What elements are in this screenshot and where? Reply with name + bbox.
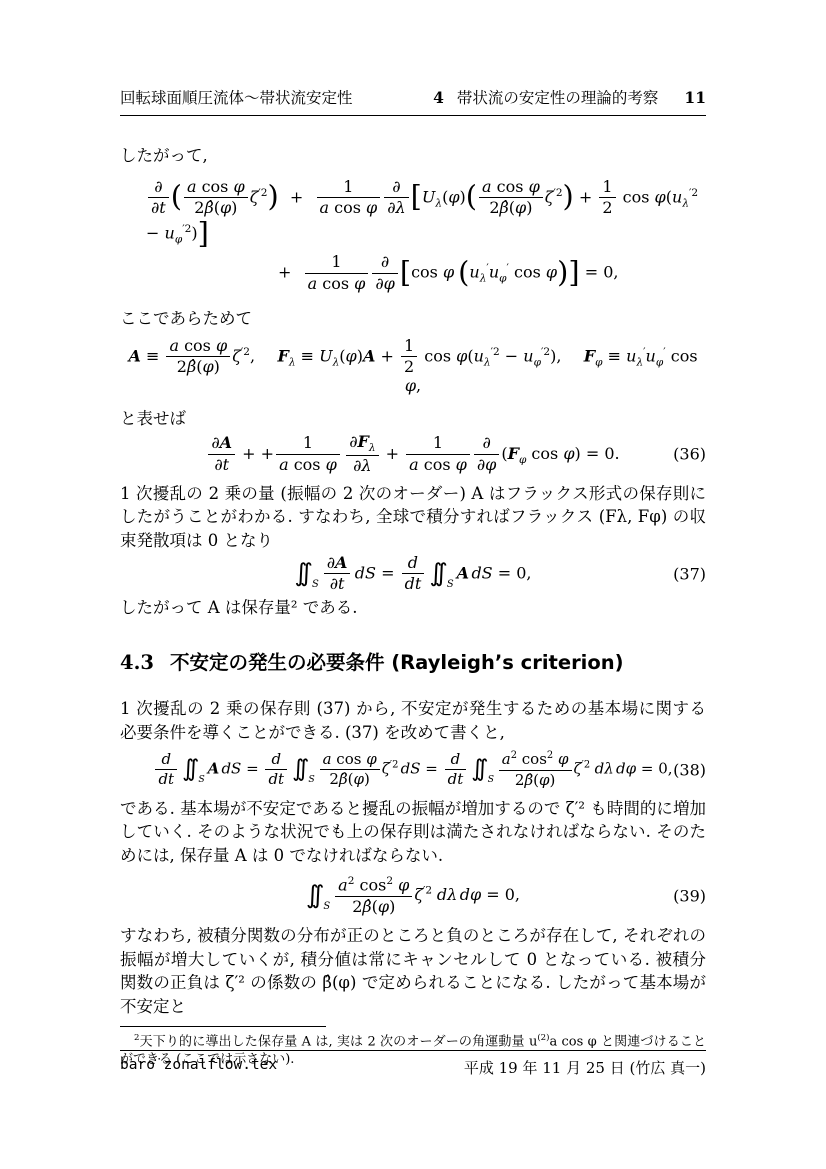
footer-line: baro˙zonalflow.tex 平成 19 年 11 月 25 日 (竹広… <box>120 1057 706 1078</box>
paragraph-then: と表せば <box>120 407 706 431</box>
equation-38: ddt∫∫SAdS = ddt∫∫Sa cos φ2β̂(φ)ζ′2dS = d… <box>153 750 672 789</box>
page-number: 11 <box>684 88 706 107</box>
footnote-text-1: 天下り的に導出した保存量 A は, 実は 2 次のオーダーの角運動量 u <box>139 1035 537 1050</box>
document-page: 回転球面順圧流体〜帯状流安定性 4 帯状流の安定性の理論的考察 11 したがって… <box>0 0 826 1169</box>
footnote-superscript-2: (2) <box>537 1033 549 1043</box>
equation-39-row: ∫∫Sa2 cos2 φ2β̂(φ)ζ′2dλdφ = 0, (39) <box>120 875 706 916</box>
equation-line-1: ∂∂t(a cos φ2β̂(φ)ζ′2)+1a cos φ∂∂λ[Uλ(φ)(… <box>146 178 706 252</box>
equation-number-37: (37) <box>673 564 706 583</box>
paragraph-conservation-law: 1 次擾乱の 2 乗の量 (振幅の 2 次のオーダー) A はフラックス形式の保… <box>120 482 706 553</box>
equation-38-row: ddt∫∫SAdS = ddt∫∫Sa cos φ2β̂(φ)ζ′2dS = d… <box>120 750 706 789</box>
header-left-title: 回転球面順圧流体〜帯状流安定性 <box>120 86 353 108</box>
footer-date-author: 平成 19 年 11 月 25 日 (竹広 真一) <box>464 1057 706 1078</box>
header-section-number: 4 <box>433 88 444 107</box>
equation-39: ∫∫Sa2 cos2 φ2β̂(φ)ζ′2dλdφ = 0, <box>306 875 520 916</box>
header-rule <box>120 115 706 116</box>
header-right-group: 4 帯状流の安定性の理論的考察 11 <box>433 86 706 108</box>
equation-36: ∂A∂t + +1a cos φ∂Fλ∂λ + 1a cos φ∂∂φ(Fφ c… <box>206 433 619 476</box>
equation-line-2: +1a cos φ∂∂φ[cos φ(uλ′uφ′ cos φ)] = 0, <box>278 253 706 293</box>
equation-number-36: (36) <box>673 445 706 464</box>
paragraph-amplitude-growth: である. 基本場が不安定であると擾乱の振幅が増加するので ζ′² も時間的に増加… <box>120 797 706 868</box>
footnote-rule <box>120 1026 326 1027</box>
equation-definitions-A-Flambda-Fphi: A ≡ a cos φ2β̂(φ)ζ′2,Fλ ≡ Uλ(φ)A + 12 co… <box>120 337 706 396</box>
equation-enstrophy-flux-form: ∂∂t(a cos φ2β̂(φ)ζ′2)+1a cos φ∂∂λ[Uλ(φ)(… <box>120 178 706 294</box>
header-section-title: 帯状流の安定性の理論的考察 <box>457 86 659 108</box>
equation-37-row: ∫∫S∂A∂tdS = ddt∫∫SAdS = 0, (37) <box>120 554 706 594</box>
equation-37: ∫∫S∂A∂tdS = ddt∫∫SAdS = 0, <box>295 554 532 594</box>
equation-36-row: ∂A∂t + +1a cos φ∂Fλ∂λ + 1a cos φ∂∂φ(Fφ c… <box>120 433 706 476</box>
section-heading-title: 不安定の発生の必要条件 (Rayleigh’s criterion) <box>170 651 624 674</box>
page-footer: baro˙zonalflow.tex 平成 19 年 11 月 25 日 (竹広… <box>120 1050 706 1078</box>
section-heading-4-3: 4.3不安定の発生の必要条件 (Rayleigh’s criterion) <box>120 647 706 675</box>
section-heading-number: 4.3 <box>120 651 154 674</box>
paragraph-redefine: ここであらためて <box>120 307 706 331</box>
paragraph-necessary-condition: 1 次擾乱の 2 乗の保存則 (37) から, 不安定が発生するための基本場に関… <box>120 697 706 744</box>
paragraph-conserved-quantity: したがって A は保存量² である. <box>120 596 706 620</box>
paragraph-integrand-sign: すなわち, 被積分関数の分布が正のところと負のところが存在して, それぞれの振幅… <box>120 924 706 1018</box>
paragraph-intro: したがって, <box>120 144 706 168</box>
equation-number-38: (38) <box>673 760 706 779</box>
footer-filename: baro˙zonalflow.tex <box>120 1057 277 1078</box>
equation-number-39: (39) <box>673 886 706 905</box>
page-header: 回転球面順圧流体〜帯状流安定性 4 帯状流の安定性の理論的考察 11 <box>120 86 706 108</box>
footer-rule <box>120 1050 706 1051</box>
